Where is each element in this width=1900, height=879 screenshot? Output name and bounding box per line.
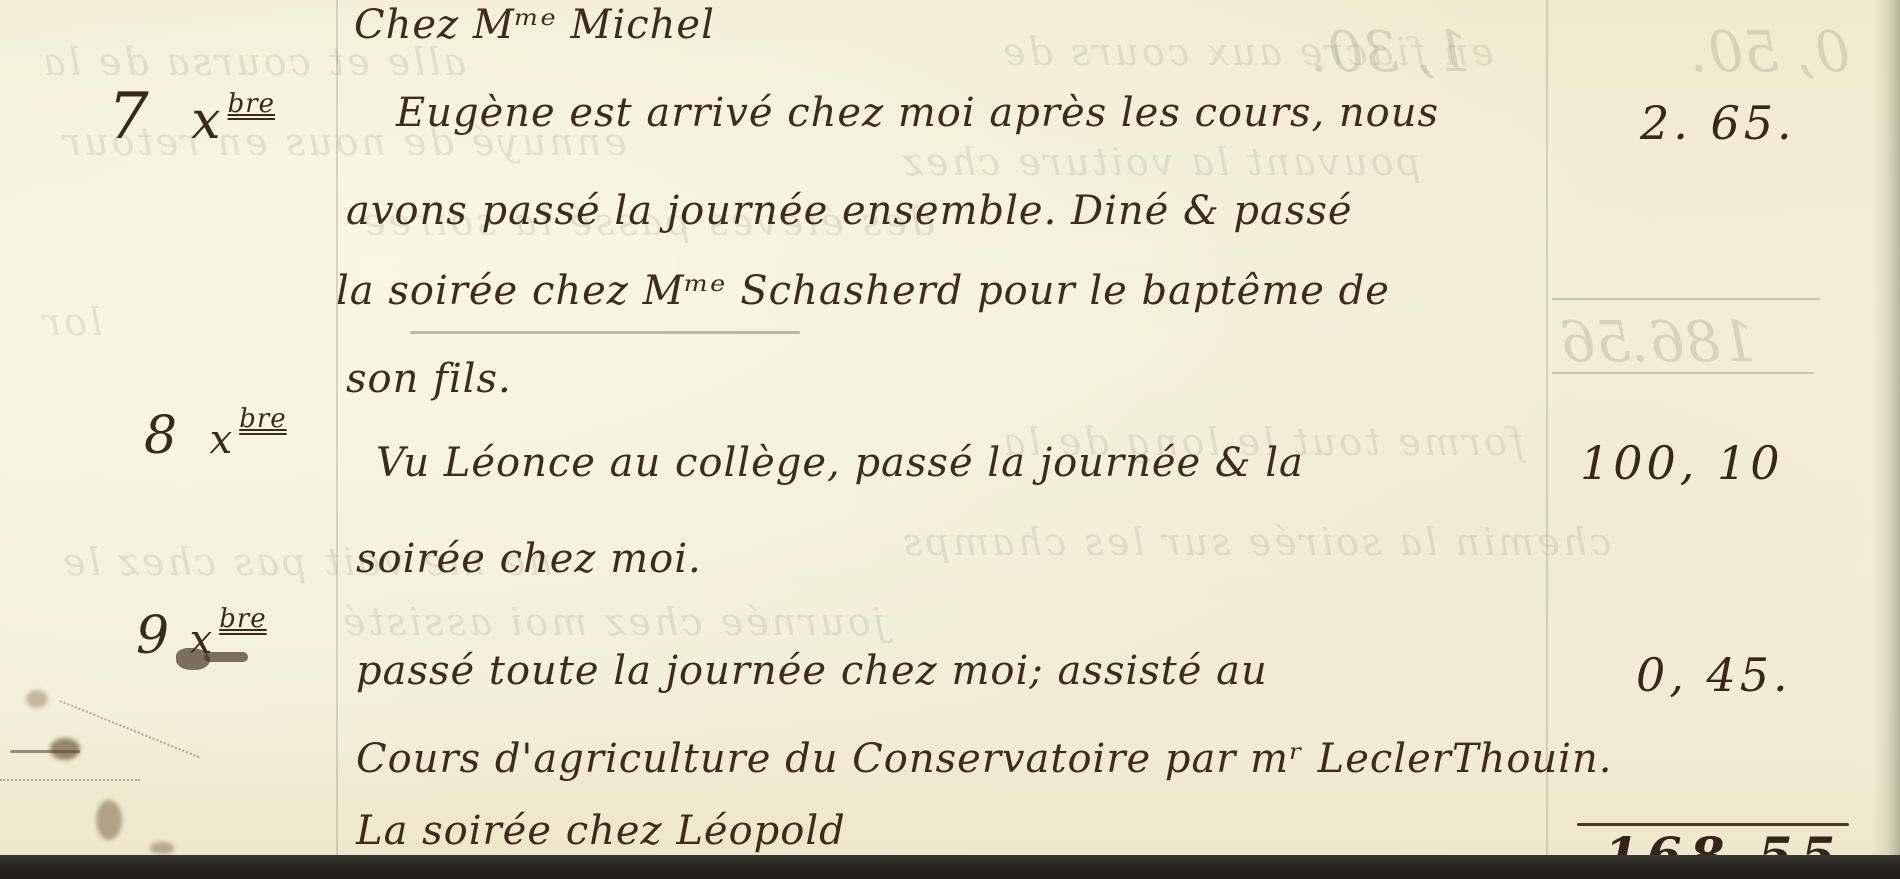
entry-amount: 0, 45. <box>1636 648 1792 702</box>
show-through-text: journée chez moi assisté <box>340 600 885 644</box>
date-month-sup: bre <box>239 404 286 434</box>
date-month-sup: bre <box>228 89 275 119</box>
paper-damage <box>10 750 80 753</box>
show-through-text: pouvant la voiture chez <box>900 140 1421 184</box>
paper-stain <box>96 800 122 840</box>
date-month-sup: bre <box>219 604 266 634</box>
show-through-amount: 1, 30. <box>1310 20 1470 85</box>
show-through-amount: 0, 50. <box>1690 20 1850 85</box>
show-through-rule <box>410 331 800 334</box>
ledger-rule <box>1552 298 1820 300</box>
entry-amount: 100, 10 <box>1580 436 1784 490</box>
entry-line: avons passé la journée ensemble. Diné & … <box>346 188 1353 234</box>
date-day: 7 <box>108 80 150 154</box>
paper-tear <box>0 779 140 781</box>
entry-line: soirée chez moi. <box>356 536 702 582</box>
entry-line: Eugène est arrivé chez moi après les cou… <box>396 90 1439 136</box>
show-through-amount: 186.56 <box>1560 310 1756 375</box>
entry-line: Vu Léonce au collège, passé la journée &… <box>376 440 1304 486</box>
paper-stain <box>26 690 48 708</box>
ledger-rule <box>1552 372 1814 374</box>
entry-line: Cours d'agriculture du Conservatoire par… <box>356 736 1612 782</box>
margin-rule <box>336 0 338 855</box>
date-month: x <box>191 91 221 151</box>
show-through-text: chemin la soirée sur les champs <box>900 520 1611 564</box>
amount-column-rule <box>1546 0 1548 855</box>
paper-tear <box>60 700 200 758</box>
ink-blot <box>204 652 248 662</box>
entry-date: 8 xbre <box>144 404 287 466</box>
show-through-text: lor <box>40 300 102 344</box>
manuscript-page: alle et coursa de la ennuyé de nous en r… <box>0 0 1900 879</box>
entry-line: La soirée chez Léopold <box>356 808 846 854</box>
paper-stain <box>50 738 80 760</box>
paper-stain <box>150 842 174 854</box>
entry-line: la soirée chez Mᵐᵉ Schasherd pour le bap… <box>336 268 1390 314</box>
entry-line: Chez Mᵐᵉ Michel <box>354 2 715 48</box>
page-edge <box>1872 0 1900 879</box>
entry-line: passé toute la journée chez moi; assisté… <box>356 648 1268 694</box>
date-day: 9 <box>136 606 170 666</box>
date-day: 8 <box>144 406 178 466</box>
book-binding-edge <box>0 855 1900 879</box>
date-month: x <box>210 417 234 463</box>
entry-amount: 2. 65. <box>1640 96 1796 150</box>
entry-line: son fils. <box>346 356 512 402</box>
entry-date: 7 xbre <box>108 80 275 154</box>
